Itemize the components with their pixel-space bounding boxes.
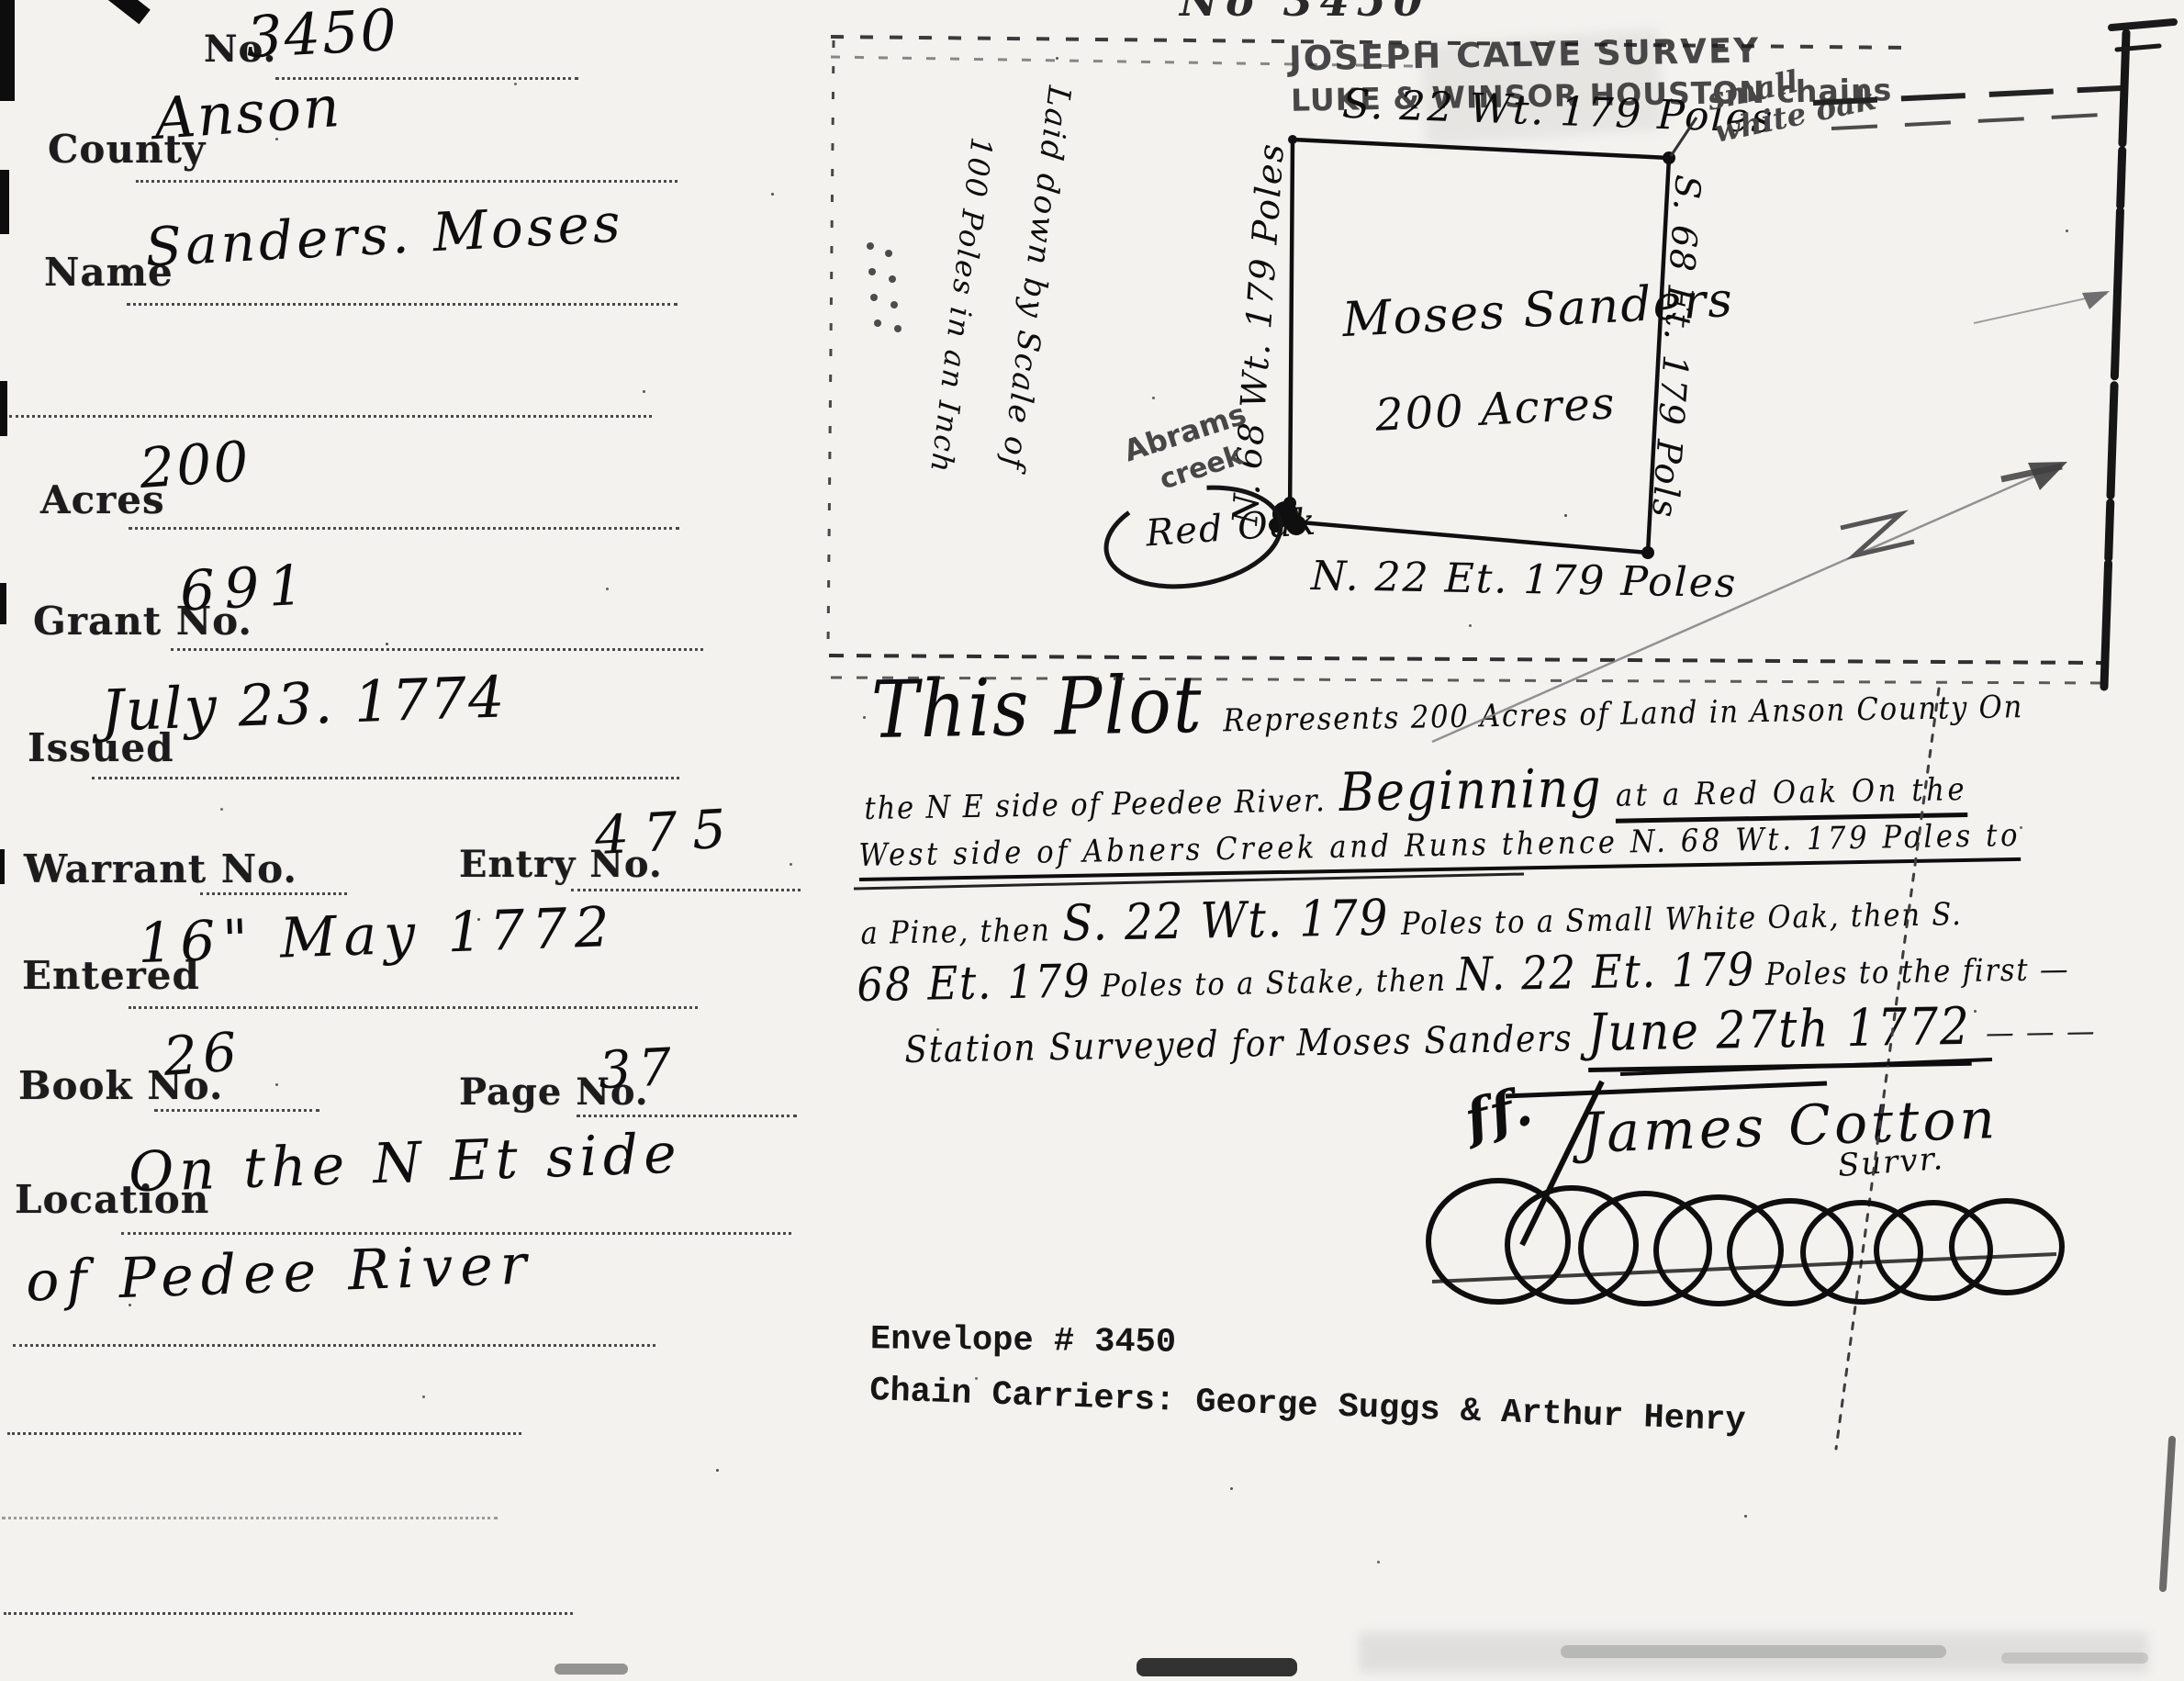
blank-rule (7, 1432, 521, 1435)
surveyor-title: Survr. (1837, 1140, 1945, 1184)
form-rule (127, 303, 678, 306)
entry-no-value: 475 (593, 797, 742, 867)
scanned-land-grant-card: No 3450 No. 3450 County Anson Name Sande… (0, 0, 2184, 1681)
scan-edge-artifact (0, 170, 9, 234)
page-no-value: 37 (597, 1037, 680, 1101)
form-rule (171, 648, 703, 651)
description-line2c: at a Red Oak On the (1616, 771, 1968, 824)
plat-red-oak-note: Red Oak (1145, 501, 1319, 555)
envelope-number: Envelope # 3450 (870, 1320, 1176, 1362)
pencil-z-mark (1841, 514, 1914, 555)
form-rule (129, 1006, 698, 1009)
plat-scale-note-2: 100 Poles in an Inch (915, 135, 999, 540)
description-this-plot: This Plot (870, 659, 1204, 756)
description-beginning: Beginning (1338, 756, 1603, 824)
issued-value: July 23. 1774 (100, 663, 508, 744)
form-rule (577, 1115, 797, 1117)
plat-scale-note-1: Laid down by Scale of (986, 84, 1077, 534)
location-value-line1: On the N Et side (128, 1122, 683, 1205)
description-line5a: 68 Et. 179 (857, 955, 1092, 1012)
form-rule (13, 1344, 655, 1347)
form-rule (200, 892, 347, 895)
blank-rule (4, 1612, 573, 1615)
form-rule (154, 1109, 319, 1112)
scan-edge-artifact (0, 849, 5, 884)
form-rule (571, 889, 801, 891)
chain-carriers: Chain Carriers: George Suggs & Arthur He… (869, 1372, 1747, 1440)
description-line2a: the N E side of Peedee River. (864, 782, 1327, 827)
warrant-no-label: Warrant No. (24, 846, 297, 891)
description-line5b: Poles to a Stake, then (1101, 962, 1447, 1005)
blank-rule (2, 1517, 498, 1519)
plat-bottom-bearing: N. 22 Et. 179 Poles (1311, 553, 1738, 607)
acres-value: 200 (138, 430, 252, 501)
description-row-1: This Plot Represents 200 Acres of Land i… (870, 644, 2023, 756)
scan-edge-artifact (95, 0, 151, 24)
form-rule (92, 777, 679, 779)
location-value-line2: of Pedee River (25, 1232, 535, 1314)
blank-rule (9, 415, 652, 418)
corner-point-ne (1663, 151, 1675, 164)
description-line5c: N. 22 Et. 179 (1456, 943, 1755, 1002)
form-rule (136, 180, 678, 183)
description-line5d: Poles to the first — (1765, 951, 2070, 993)
form-rule (129, 527, 679, 530)
description-line4c: Poles to a Small White Oak, then S. (1401, 896, 1963, 943)
description-line4b: S. 22 Wt. 179 (1062, 889, 1390, 952)
book-no-value: 26 (162, 1020, 244, 1088)
description-survey-date: June 27th 1772 (1587, 997, 1972, 1072)
plat-acreage: 200 Acres (1374, 377, 1618, 442)
county-value: Anson (152, 73, 343, 152)
signature-flourish-text: ff. (1459, 1074, 1540, 1151)
pencil-dot-cluster (867, 242, 902, 332)
entered-value: 16" May 1772 (137, 895, 618, 976)
description-line6a: Station Surveyed for Moses Sanders (904, 1017, 1574, 1071)
name-value: Sanders. Moses (144, 191, 626, 278)
description-row-6: Station Surveyed for Moses Sanders June … (904, 994, 2097, 1084)
scan-edge-artifact (0, 381, 7, 436)
smudge-bottom-right (1359, 1632, 2148, 1673)
description-line6c: — — — (1986, 1013, 2097, 1051)
plat-header-line1: JOSEPH CALVE SURVEY (1289, 31, 1761, 79)
plat-right-bearing: S. 68 Et. 179 Pols (1641, 174, 1708, 570)
scan-edge-artifact (0, 0, 15, 101)
grant-no-value: 691 (178, 553, 314, 623)
description-line1: Represents 200 Acres of Land in Anson Co… (1223, 689, 2023, 739)
scan-edge-artifact (0, 583, 6, 624)
description-line4a: a Pine, then (860, 912, 1051, 952)
top-cutoff-number: No 3450 (1180, 0, 1430, 26)
no-value: 3450 (244, 0, 399, 71)
